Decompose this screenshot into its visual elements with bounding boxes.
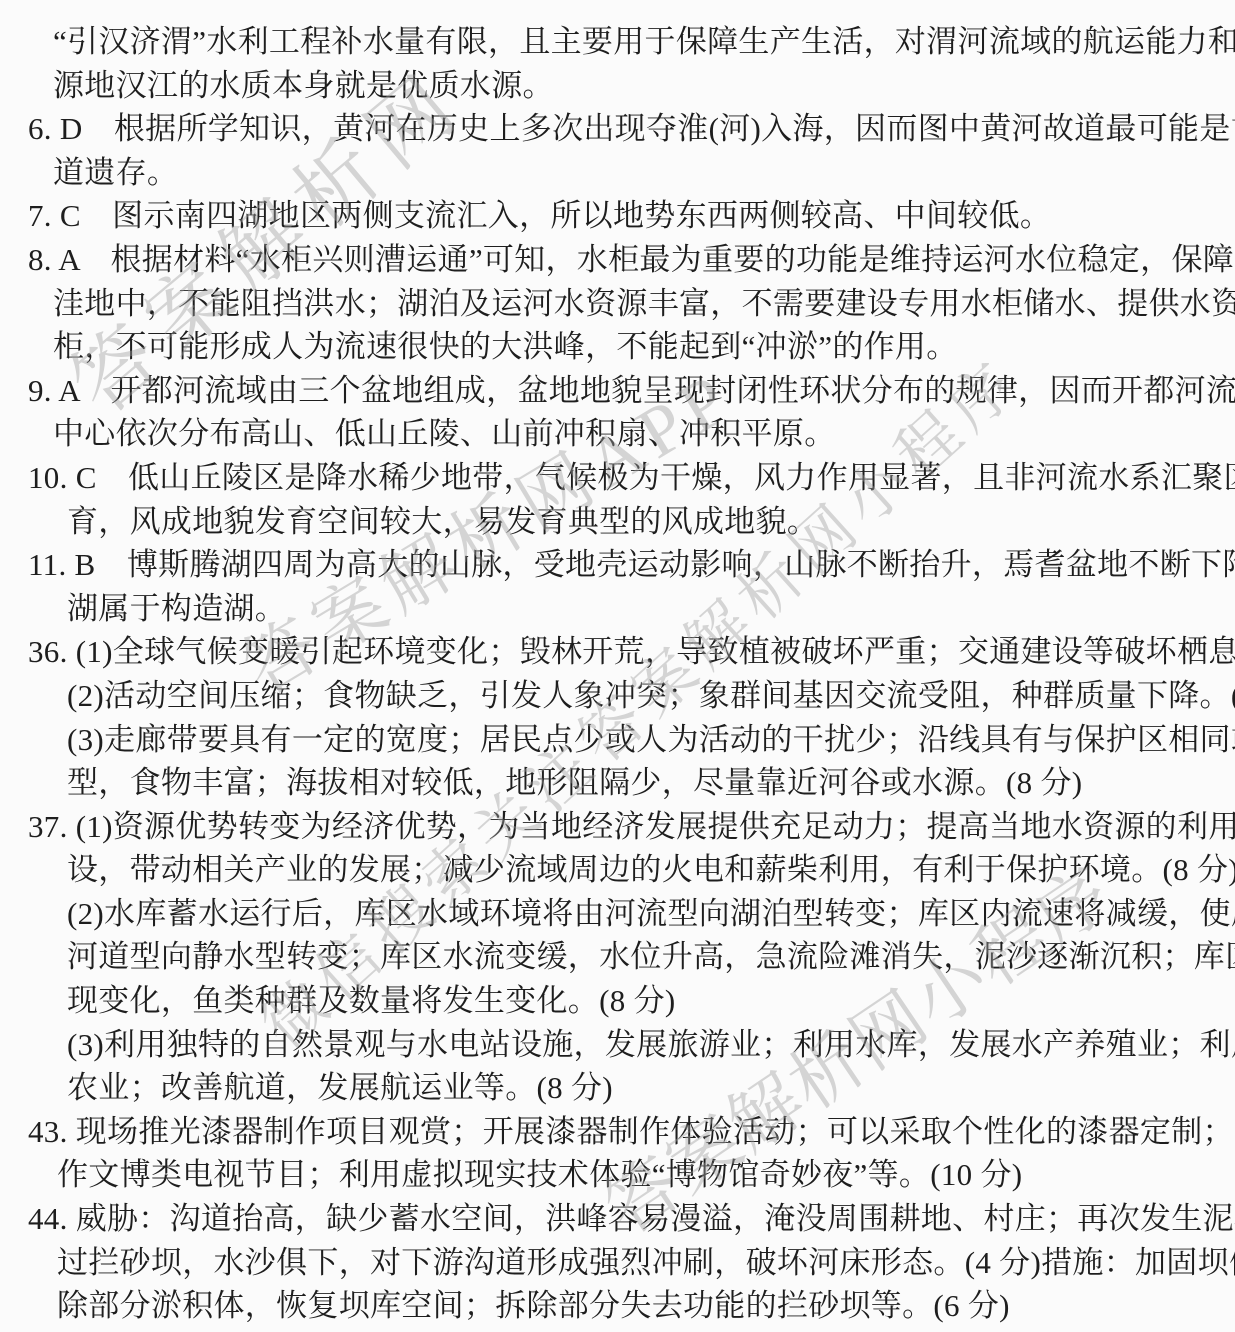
text-line: 现变化，鱼类种群及数量将发生变化。(8 分) — [0, 979, 1235, 1023]
text-line: 7. C 图示南四湖地区两侧支流汇入，所以地势东西两侧较高、中间较低。 — [0, 194, 1235, 238]
text-line: 设，带动相关产业的发展；减少流域周边的火电和薪柴利用，有利于保护环境。(8 分) — [0, 848, 1235, 892]
text-line: (3)走廊带要具有一定的宽度；居民点少或人为活动的干扰少；沿线具有与保护区相同或… — [0, 718, 1235, 762]
text-line: 37. (1)资源优势转变为经济优势，为当地经济发展提供充足动力；提高当地水资源… — [0, 805, 1235, 849]
text-line: 作文博类电视节目；利用虚拟现实技术体验“博物馆奇妙夜”等。(10 分) — [0, 1153, 1235, 1197]
text-line: 6. D 根据所学知识，黄河在历史上多次出现夺淮(河)入海，因而图中黄河故道最可… — [0, 107, 1235, 151]
text-line: 洼地中，不能阻挡洪水；湖泊及运河水资源丰富，不需要建设专用水柜储水、提供水资源；… — [0, 282, 1235, 326]
text-line: 中心依次分布高山、低山丘陵、山前冲积扇、冲积平原。 — [0, 412, 1235, 456]
text-line: 44. 威胁：沟道抬高，缺少蓄水空间，洪峰容易漫溢，淹没周围耕地、村庄；再次发生… — [0, 1197, 1235, 1241]
text-line: “引汉济渭”水利工程补水量有限，且主要用于保障生产生活，对渭河流域的航运能力和洪… — [0, 20, 1235, 64]
text-line: 育，风成地貌发育空间较大，易发育典型的风成地貌。 — [0, 500, 1235, 544]
text-line: 湖属于构造湖。 — [0, 587, 1235, 631]
text-line: 河道型向静水型转变；库区水流变缓，水位升高，急流险滩消失，泥沙逐渐沉积；库区水生… — [0, 935, 1235, 979]
text-line: (3)利用独特的自然景观与水电站设施，发展旅游业；利用水库，发展水产养殖业；利用… — [0, 1023, 1235, 1067]
text-line: 43. 现场推光漆器制作项目观赏；开展漆器制作体验活动；可以采取个性化的漆器定制… — [0, 1110, 1235, 1154]
text-line: 10. C 低山丘陵区是降水稀少地带，气候极为干燥，风力作用显著，且非河流水系汇… — [0, 456, 1235, 500]
text-line: (2)水库蓄水运行后，库区水域环境将由河流型向湖泊型转变；库区内流速将减缓，使库… — [0, 892, 1235, 936]
text-line: 过拦砂坝，水沙俱下，对下游沟道形成强烈冲刷，破坏河床形态。(4 分)措施：加固坝… — [0, 1241, 1235, 1285]
text-line: (2)活动空间压缩；食物缺乏，引发人象冲突；象群间基因交流受阻，种群质量下降。(… — [0, 674, 1235, 718]
text-line: 36. (1)全球气候变暖引起环境变化；毁林开荒，导致植被破坏严重；交通建设等破… — [0, 630, 1235, 674]
text-line: 11. B 博斯腾湖四周为高大的山脉，受地壳运动影响，山脉不断抬升，焉耆盆地不断… — [0, 543, 1235, 587]
text-line: 农业；改善航道，发展航运业等。(8 分) — [0, 1066, 1235, 1110]
text-line: 源地汉江的水质本身就是优质水源。 — [0, 64, 1235, 108]
text-line: 8. A 根据材料“水柜兴则漕运通”可知，水柜最为重要的功能是维持运河水位稳定，… — [0, 238, 1235, 282]
text-line: 型，食物丰富；海拔相对较低，地形阻隔少，尽量靠近河谷或水源。(8 分) — [0, 761, 1235, 805]
text-line: 道遗存。 — [0, 151, 1235, 195]
answer-text-block: “引汉济渭”水利工程补水量有限，且主要用于保障生产生活，对渭河流域的航运能力和洪… — [0, 20, 1235, 1328]
text-line: 柜，不可能形成人为流速很快的大洪峰，不能起到“冲淤”的作用。 — [0, 325, 1235, 369]
text-line: 除部分淤积体，恢复坝库空间；拆除部分失去功能的拦砂坝等。(6 分) — [0, 1284, 1235, 1328]
text-line: 9. A 开都河流域由三个盆地组成，盆地地貌呈现封闭性环状分布的规律，因而开都河… — [0, 369, 1235, 413]
answer-key-page: “引汉济渭”水利工程补水量有限，且主要用于保障生产生活，对渭河流域的航运能力和洪… — [0, 0, 1235, 1332]
